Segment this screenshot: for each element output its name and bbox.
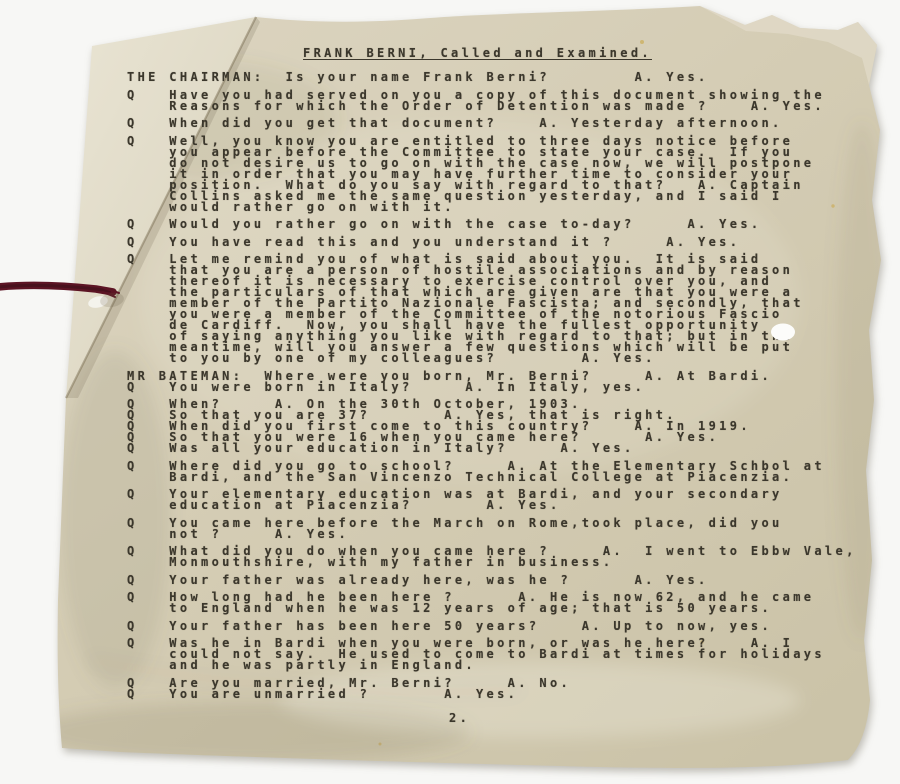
transcript-paragraph: Q When did you get that document? A. Yes… [127,118,887,129]
transcript-line: Q Your father was already here, was he ?… [127,575,887,586]
transcript-paragraph: Q Where did you go to school? A. At the … [127,461,887,483]
transcript-paragraphs: THE CHAIRMAN: Is your name Frank Berni? … [127,72,887,700]
transcript-paragraph: Q How long had he been here ? A. He is n… [127,592,887,614]
document-title: FRANK BERNI, Called and Examined. [303,48,887,59]
transcript-paragraph: Q Your elementary education was at Bardi… [127,489,887,511]
transcript-paragraph: Q You have read this and you understand … [127,237,887,248]
transcript-paragraph: THE CHAIRMAN: Is your name Frank Berni? … [127,72,887,83]
transcript-paragraph: Q Would you rather go on with the case t… [127,219,887,230]
transcript-paragraph: Q Well, you know you are entitled to thr… [127,136,887,213]
transcript-line: Reasons for which the Order of Detention… [127,101,887,112]
transcript-line: to England when he was 12 years of age; … [127,603,887,614]
transcript-paragraph: Q Are you married, Mr. Berni? A. No.Q Yo… [127,678,887,700]
transcript-line: Q You have read this and you understand … [127,237,887,248]
transcript-paragraph: Q What did you do when you came here ? A… [127,546,887,568]
transcript-line: Q You are unmarried ? A. Yes. [127,689,887,700]
transcript-line: Q Would you rather go on with the case t… [127,219,887,230]
transcript-line: Monmouthshire, with my father in busines… [127,557,887,568]
transcript-paragraph: Q You came here before the March on Rome… [127,518,887,540]
transcript-line: Bardi, and the San Vincenzo Technical Co… [127,472,887,483]
transcript-paragraph: Q Your father has been here 50 years? A.… [127,621,887,632]
transcript-line: and he was partly in England. [127,660,887,671]
transcript-line: not ? A. Yes. [127,529,887,540]
transcript-paragraph: Q Was he in Bardi when you were born, or… [127,638,887,671]
scanned-document-page: FRANK BERNI, Called and Examined. THE CH… [0,0,900,784]
transcript-paragraph: MR BATEMAN: Where were you born, Mr. Ber… [127,371,887,393]
transcript-paragraph: Q Your father was already here, was he ?… [127,575,887,586]
transcript: FRANK BERNI, Called and Examined. THE CH… [127,48,887,724]
transcript-line: Q Was all your education in Italy? A. Ye… [127,443,887,454]
transcript-line: education at Piacenzia? A. Yes. [127,500,887,511]
transcript-line: Q You were born in Italy? A. In Italy, y… [127,382,887,393]
transcript-paragraph: Q Have you had served on you a copy of t… [127,90,887,112]
transcript-line: Q When did you get that document? A. Yes… [127,118,887,129]
page-number: 2. [449,713,887,724]
transcript-line: to you by one of my colleagues? A. Yes. [127,353,887,364]
transcript-line: Q Your father has been here 50 years? A.… [127,621,887,632]
transcript-line: would rather go on with it. [127,202,887,213]
transcript-paragraph: Q Let me remind you of what is said abou… [127,254,887,364]
transcript-paragraph: Q When? A. On the 30th October, 1903.Q S… [127,399,887,454]
transcript-line: THE CHAIRMAN: Is your name Frank Berni? … [127,72,887,83]
